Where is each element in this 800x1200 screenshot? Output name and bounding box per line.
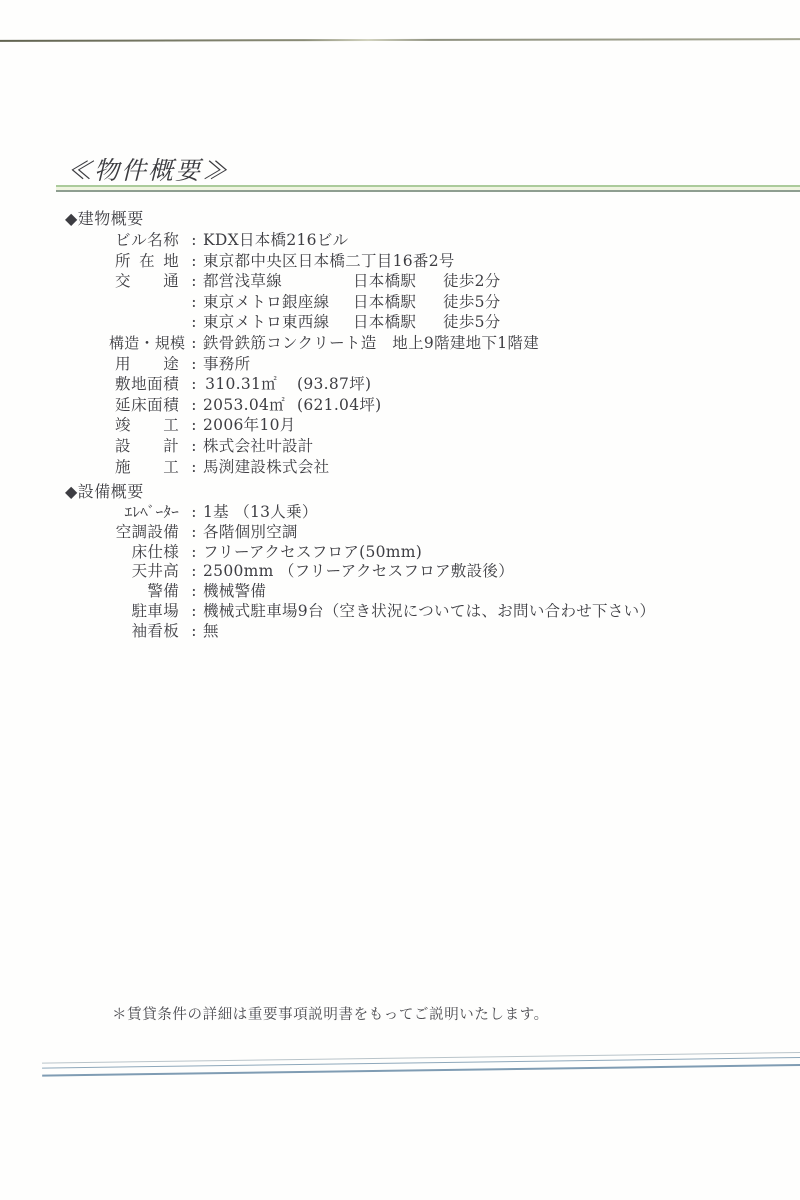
field-row-design: 設 計:株式会社叶設計 <box>65 436 539 457</box>
field-label: 空調設備 <box>109 523 185 543</box>
field-row-aircon: 空調設備:各階個別空調 <box>65 523 655 543</box>
field-label: 交 通 <box>109 271 185 292</box>
bottom-rule-group <box>42 1052 800 1077</box>
title-underline <box>56 185 800 192</box>
colon: : <box>185 622 203 642</box>
transit-walk: 徒歩5分 <box>443 313 501 331</box>
colon: : <box>185 436 203 457</box>
field-value: 各階個別空調 <box>203 523 298 541</box>
field-label: ｴﾚﾍﾞｰﾀｰ <box>109 503 185 523</box>
footnote: ＊賃貸条件の詳細は重要事項説明書をもってご説明いたします。 <box>112 1003 549 1024</box>
colon: : <box>185 230 203 251</box>
colon: : <box>185 333 203 354</box>
top-rule <box>0 38 800 42</box>
field-value: 1基 （13人乗） <box>203 503 318 521</box>
field-row-access-2: :東京メトロ銀座線日本橋駅徒歩5分 <box>65 292 539 313</box>
field-label: 所在地 <box>109 251 185 272</box>
field-label: 構造・規模 <box>109 333 185 354</box>
page-title: ≪物件概要≫ <box>67 151 229 187</box>
colon: : <box>185 312 203 333</box>
field-row-use: 用 途:事務所 <box>65 354 539 375</box>
field-row-access-1: 交 通:都営浅草線日本橋駅徒歩2分 <box>65 271 539 292</box>
transit-walk: 徒歩2分 <box>443 272 501 290</box>
field-label: 床仕様 <box>109 543 185 563</box>
field-label: 駐車場 <box>109 602 185 622</box>
field-row-ceiling: 天井高:2500mm （フリーアクセスフロア敷設後） <box>65 562 655 582</box>
field-row-floor-spec: 床仕様:フリーアクセスフロア(50mm) <box>65 543 655 563</box>
transit-station: 日本橋駅 <box>353 312 443 333</box>
field-value: 事務所 <box>203 355 250 373</box>
colon: : <box>185 354 203 375</box>
field-row-structure: 構造・規模:鉄骨鉄筋コンクリート造 地上9階建地下1階建 <box>65 333 539 354</box>
colon: : <box>185 503 203 523</box>
colon: : <box>185 271 203 292</box>
field-value: 2500mm （フリーアクセスフロア敷設後） <box>203 562 514 580</box>
document-page: ≪物件概要≫ ◆建物概要 ビル名称:KDX日本橋216ビル 所在地:東京都中央区… <box>0 0 800 1200</box>
field-row-address: 所在地:東京都中央区日本橋二丁目16番2号 <box>65 251 539 272</box>
colon: : <box>185 602 203 622</box>
building-overview-section: ◆建物概要 ビル名称:KDX日本橋216ビル 所在地:東京都中央区日本橋二丁目1… <box>65 207 539 477</box>
transit-line: 東京メトロ東西線 <box>203 312 353 333</box>
transit-station: 日本橋駅 <box>353 292 443 313</box>
field-label: 用 途 <box>109 354 185 375</box>
field-value: 東京都中央区日本橋二丁目16番2号 <box>203 252 455 270</box>
tsubo-value: (93.87坪) <box>297 374 371 395</box>
field-value: 機械警備 <box>203 582 266 600</box>
transit-line: 都営浅草線 <box>203 271 353 292</box>
field-label: 設 計 <box>109 436 185 457</box>
tsubo-value: (621.04坪) <box>297 395 382 416</box>
field-label: 警備 <box>109 582 185 602</box>
field-value: 馬渕建設株式会社 <box>203 458 329 476</box>
field-row-construction: 施 工:馬渕建設株式会社 <box>65 457 539 478</box>
field-value: 無 <box>203 622 219 640</box>
field-row-elevator: ｴﾚﾍﾞｰﾀｰ:1基 （13人乗） <box>65 503 655 523</box>
field-row-security: 警備:機械警備 <box>65 582 655 602</box>
colon: : <box>185 543 203 563</box>
colon: : <box>185 562 203 582</box>
field-row-signboard: 袖看板:無 <box>65 622 655 642</box>
field-row-completion: 竣 工:2006年10月 <box>65 415 539 436</box>
field-label: 敷地面積 <box>109 374 185 395</box>
field-label: 天井高 <box>109 562 185 582</box>
field-value: フリーアクセスフロア(50mm) <box>203 543 422 561</box>
field-row-site-area: 敷地面積:310.31㎡(93.87坪) <box>65 374 539 395</box>
transit-line: 東京メトロ銀座線 <box>203 292 353 313</box>
colon: : <box>185 415 203 436</box>
field-label: 施 工 <box>109 457 185 478</box>
field-row-building-name: ビル名称:KDX日本橋216ビル <box>65 230 539 251</box>
colon: : <box>185 374 203 395</box>
field-label: 竣 工 <box>109 415 185 436</box>
colon: : <box>185 292 203 313</box>
field-value: 2006年10月 <box>203 416 296 434</box>
colon: : <box>185 251 203 272</box>
colon: : <box>185 523 203 543</box>
transit-walk: 徒歩5分 <box>443 293 501 311</box>
field-row-floor-area: 延床面積:2053.04㎡(621.04坪) <box>65 395 539 416</box>
field-row-access-3: :東京メトロ東西線日本橋駅徒歩5分 <box>65 312 539 333</box>
colon: : <box>185 457 203 478</box>
transit-station: 日本橋駅 <box>353 271 443 292</box>
field-value: 株式会社叶設計 <box>203 437 314 455</box>
field-value: KDX日本橋216ビル <box>203 231 348 249</box>
colon: : <box>185 395 203 416</box>
field-label: 延床面積 <box>109 395 185 416</box>
section-heading: ◆建物概要 <box>65 207 539 230</box>
field-row-parking: 駐車場:機械式駐車場9台（空き状況については、お問い合わせ下さい） <box>65 602 655 622</box>
colon: : <box>185 582 203 602</box>
field-label: 袖看板 <box>109 622 185 642</box>
area-value: 2053.04㎡ <box>203 395 277 416</box>
equipment-overview-section: ◆設備概要 ｴﾚﾍﾞｰﾀｰ:1基 （13人乗） 空調設備:各階個別空調 床仕様:… <box>65 480 655 642</box>
area-value: 310.31㎡ <box>203 374 277 395</box>
field-value: 機械式駐車場9台（空き状況については、お問い合わせ下さい） <box>203 602 655 620</box>
section-heading: ◆設備概要 <box>65 480 655 503</box>
field-label: ビル名称 <box>109 230 185 251</box>
field-value: 鉄骨鉄筋コンクリート造 地上9階建地下1階建 <box>203 334 539 352</box>
